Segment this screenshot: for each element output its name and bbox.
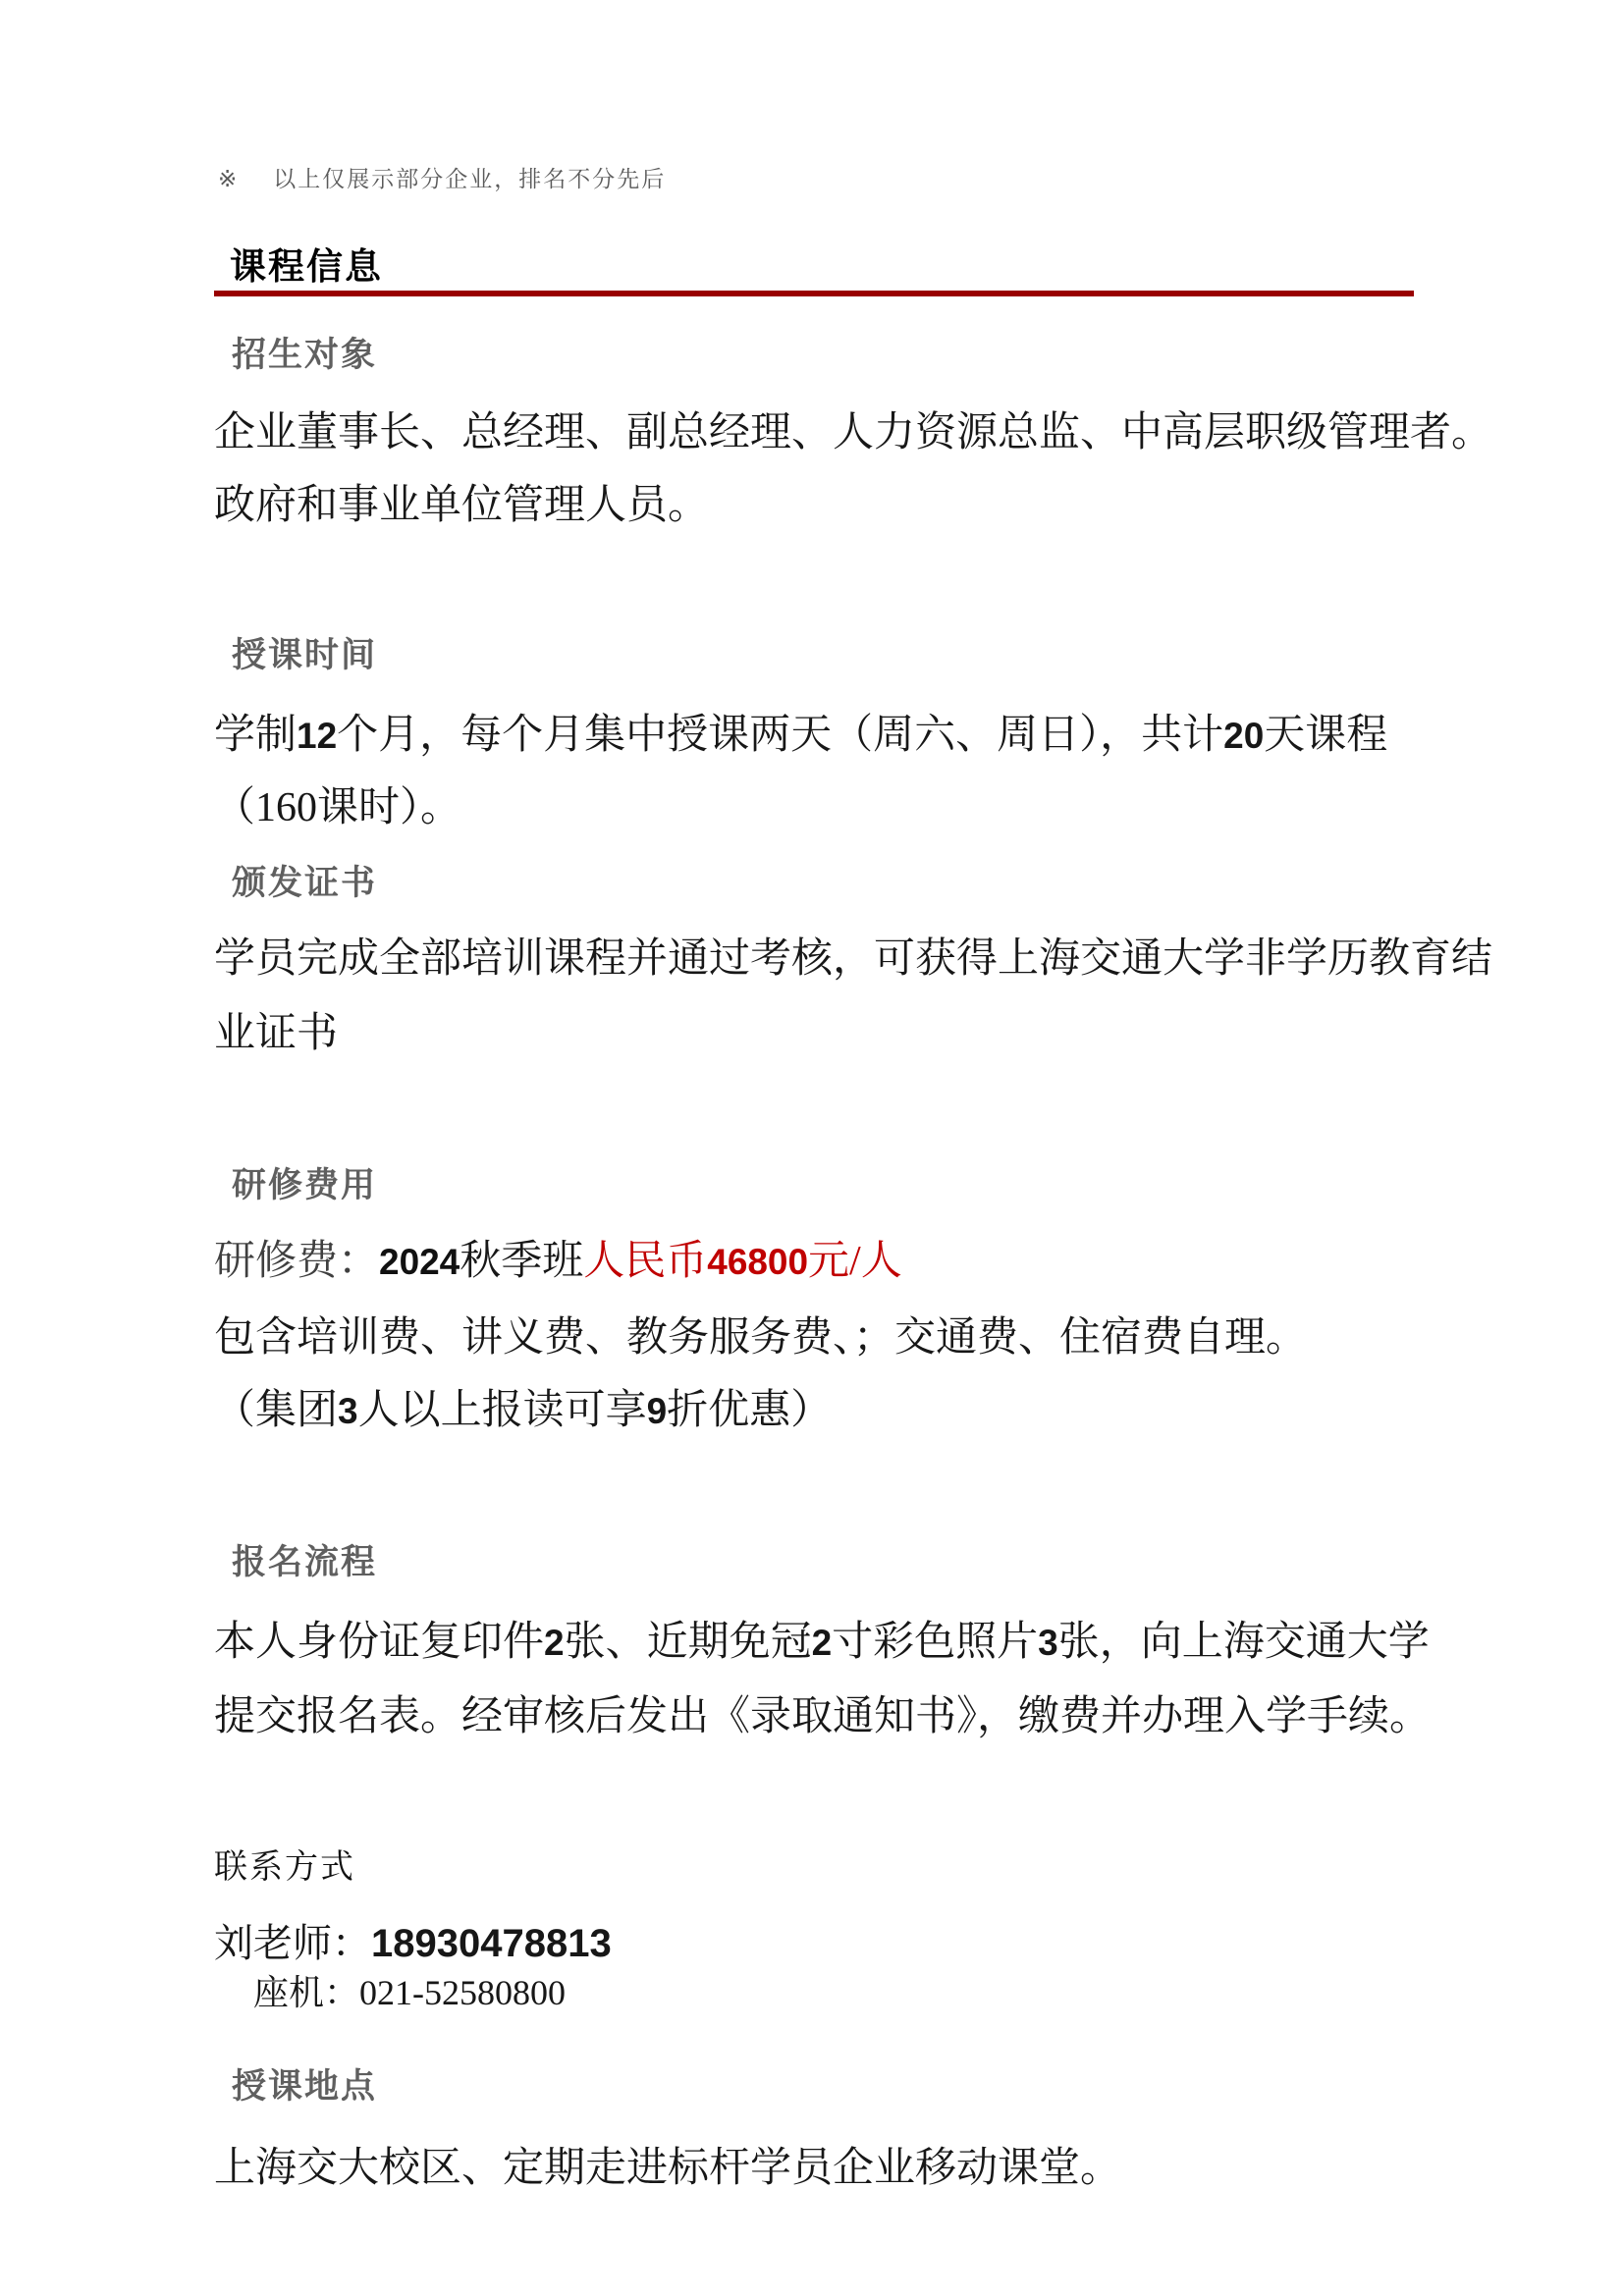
photo-size: 2 bbox=[812, 1623, 833, 1663]
registration-text: 寸彩色照片 bbox=[832, 1620, 1038, 1665]
schedule-text: 个月，每个月集中授课两天（周六、周日），共计 bbox=[337, 713, 1223, 758]
class-term: 秋季班 bbox=[460, 1239, 583, 1284]
title-underline-rule bbox=[214, 291, 1414, 296]
schedule-text: 天课程 bbox=[1264, 713, 1387, 758]
photo-count: 3 bbox=[1038, 1623, 1058, 1663]
teacher-label: 刘老师： bbox=[214, 1921, 371, 1965]
discount-text: （集团 bbox=[214, 1388, 338, 1433]
fee-line-1: 研修费：2024秋季班人民币46800元/人 bbox=[214, 1239, 902, 1285]
schedule-text: 学制 bbox=[214, 713, 297, 758]
certificate-line-1: 学员完成全部培训课程并通过考核，可获得上海交通大学非学历教育结 bbox=[214, 936, 1492, 983]
footnote-line: ※以上仅展示部分企业，排名不分先后 bbox=[218, 167, 666, 192]
document-page: ※以上仅展示部分企业，排名不分先后 课程信息 招生对象 企业董事长、总经理、副总… bbox=[0, 0, 1623, 2296]
discount-rate: 9 bbox=[647, 1391, 668, 1431]
heading-contact: 联系方式 bbox=[214, 1849, 355, 1887]
mobile-number: 18930478813 bbox=[371, 1922, 612, 1965]
fee-unit: 元/人 bbox=[808, 1239, 902, 1284]
fee-label: 研修费： bbox=[214, 1239, 379, 1284]
landline-number: 021-52580800 bbox=[359, 1973, 566, 2012]
location-line-1: 上海交大校区、定期走进标杆学员企业移动课堂。 bbox=[214, 2146, 1121, 2192]
registration-text: 本人身份证复印件 bbox=[214, 1620, 544, 1665]
group-size: 3 bbox=[338, 1391, 358, 1431]
currency-label: 人民币 bbox=[583, 1239, 707, 1284]
fee-line-3: （集团3人以上报读可享9折优惠） bbox=[214, 1388, 832, 1434]
heading-registration: 报名流程 bbox=[232, 1543, 377, 1581]
registration-line-1: 本人身份证复印件2张、近期免冠2寸彩色照片3张，向上海交通大学 bbox=[214, 1620, 1430, 1666]
contact-mobile-line: 刘老师：18930478813 bbox=[214, 1922, 612, 1966]
days-count: 20 bbox=[1223, 716, 1264, 756]
registration-line-2: 提交报名表。经审核后发出《录取通知书》，缴费并办理入学手续。 bbox=[214, 1694, 1431, 1740]
discount-text: 人以上报读可享 bbox=[358, 1388, 647, 1433]
class-year: 2024 bbox=[379, 1242, 460, 1282]
schedule-line-1: 学制12个月，每个月集中授课两天（周六、周日），共计20天课程 bbox=[214, 713, 1387, 759]
audience-line-1: 企业董事长、总经理、副总经理、人力资源总监、中高层职级管理者。 bbox=[214, 410, 1492, 456]
heading-audience: 招生对象 bbox=[232, 336, 377, 374]
schedule-line-2: （160课时）。 bbox=[214, 785, 461, 831]
contact-landline-line: 座机：021-52580800 bbox=[253, 1973, 566, 2012]
heading-location: 授课地点 bbox=[232, 2067, 377, 2106]
fee-amount: 46800 bbox=[707, 1242, 808, 1282]
fee-line-2: 包含培训费、讲义费、教务服务费、；交通费、住宿费自理。 bbox=[214, 1315, 1307, 1362]
heading-certificate: 颁发证书 bbox=[232, 864, 377, 902]
heading-fee: 研修费用 bbox=[232, 1166, 377, 1204]
heading-schedule: 授课时间 bbox=[232, 636, 377, 674]
registration-text: 张、近期免冠 bbox=[565, 1620, 812, 1665]
landline-label: 座机： bbox=[253, 1973, 359, 2012]
footnote-text: 以上仅展示部分企业，排名不分先后 bbox=[273, 167, 666, 192]
discount-text: 折优惠） bbox=[667, 1388, 832, 1433]
id-copy-count: 2 bbox=[544, 1623, 565, 1663]
months-count: 12 bbox=[297, 716, 337, 756]
certificate-line-2: 业证书 bbox=[214, 1011, 338, 1057]
page-title: 课程信息 bbox=[230, 247, 383, 288]
audience-line-2: 政府和事业单位管理人员。 bbox=[214, 483, 709, 529]
registration-text: 张，向上海交通大学 bbox=[1058, 1620, 1430, 1665]
reference-mark-icon: ※ bbox=[218, 167, 237, 192]
